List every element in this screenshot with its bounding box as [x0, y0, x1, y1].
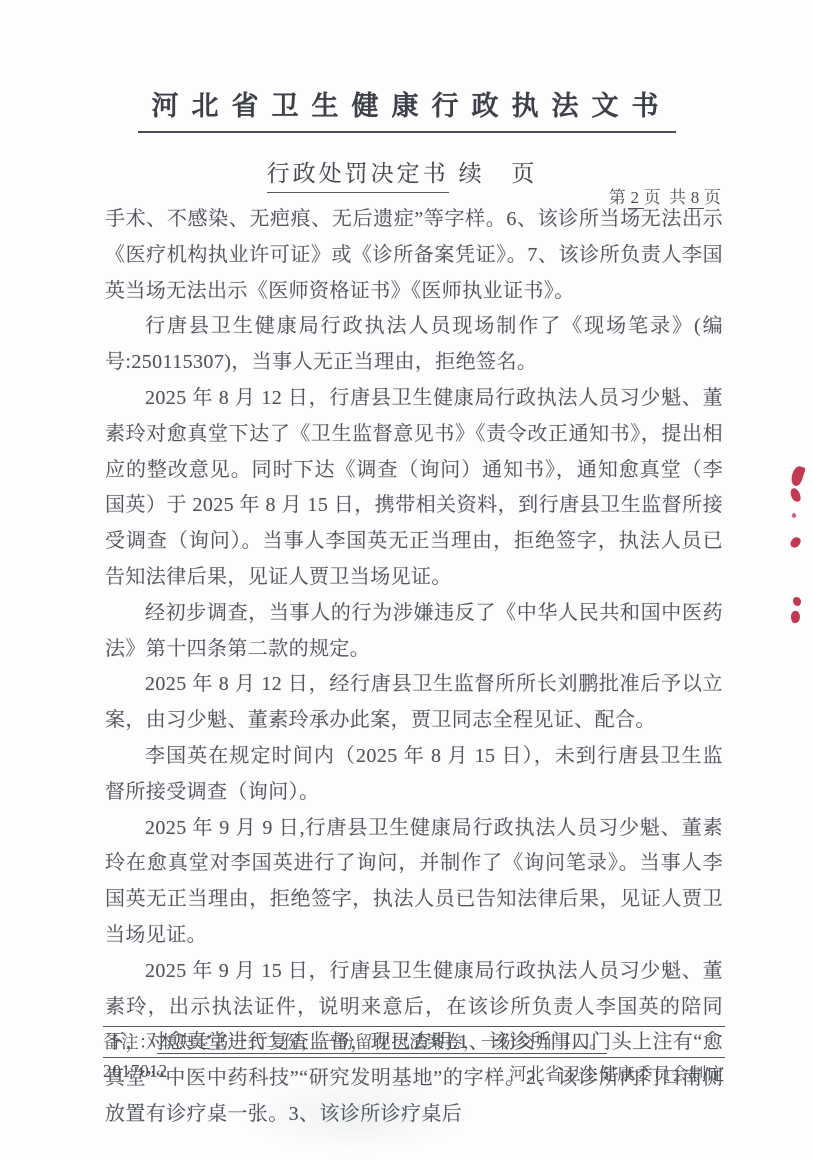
- red-seal-fragment: [790, 487, 802, 503]
- note-text: 本决定书一式二份，一份留存执法案卷，一份交当事人。: [157, 1032, 607, 1054]
- document-footer: 备注：本决定书一式二份，一份留存执法案卷，一份交当事人。 2017012 河北省…: [103, 1026, 725, 1086]
- body-paragraph: 2025 年 9 月 9 日,行唐县卫生健康局行政执法人员习少魁、董素玲在愈真堂…: [105, 811, 723, 954]
- note-row: 备注：本决定书一式二份，一份留存执法案卷，一份交当事人。: [103, 1026, 725, 1058]
- body-paragraph: 经初步调查，当事人的行为涉嫌违反了《中华人民共和国中医药法》第十四条第二款的规定…: [105, 596, 723, 668]
- document-series-title: 河北省卫生健康行政执法文书: [138, 84, 676, 133]
- document-title-suffix: 续 页: [459, 155, 547, 188]
- body-paragraph: 行唐县卫生健康局行政执法人员现场制作了《现场笔录》(编号:250115307)，…: [105, 309, 723, 381]
- document-header: 河北省卫生健康行政执法文书: [0, 84, 813, 133]
- scanned-document-page: 河北省卫生健康行政执法文书 行政处罚决定书续 页 第2页 共8页 手术、不感染、…: [0, 0, 813, 1161]
- red-seal-fragment: [793, 597, 801, 606]
- note-label: 备注：: [103, 1032, 157, 1052]
- body-paragraph: 2025 年 8 月 12 日，行唐县卫生健康局行政执法人员习少魁、董素玲对愈真…: [105, 381, 723, 596]
- document-title: 行政处罚决定书: [267, 155, 449, 193]
- form-number: 2017012: [103, 1061, 168, 1086]
- body-paragraph: 手术、不感染、无疤痕、无后遗症”等字样。6、该诊所当场无法出示《医疗机构执业许可…: [105, 202, 723, 309]
- red-seal-fragment: [790, 610, 801, 623]
- document-body: 手术、不感染、无疤痕、无后遗症”等字样。6、该诊所当场无法出示《医疗机构执业许可…: [105, 202, 723, 1133]
- red-seal-fragment: [789, 465, 806, 487]
- footer-row: 2017012 河北省卫生健康委员会制定: [103, 1058, 725, 1086]
- body-paragraph: 李国英在规定时间内（2025 年 8 月 15 日），未到行唐县卫生监督所接受调…: [105, 739, 723, 811]
- body-paragraph: 2025 年 8 月 12 日，经行唐县卫生监督所所长刘鹏批准后予以立案，由习少…: [105, 667, 723, 739]
- issuing-authority: 河北省卫生健康委员会制定: [509, 1061, 725, 1086]
- red-seal-fragment: [792, 513, 796, 518]
- red-seal-fragment: [789, 536, 802, 550]
